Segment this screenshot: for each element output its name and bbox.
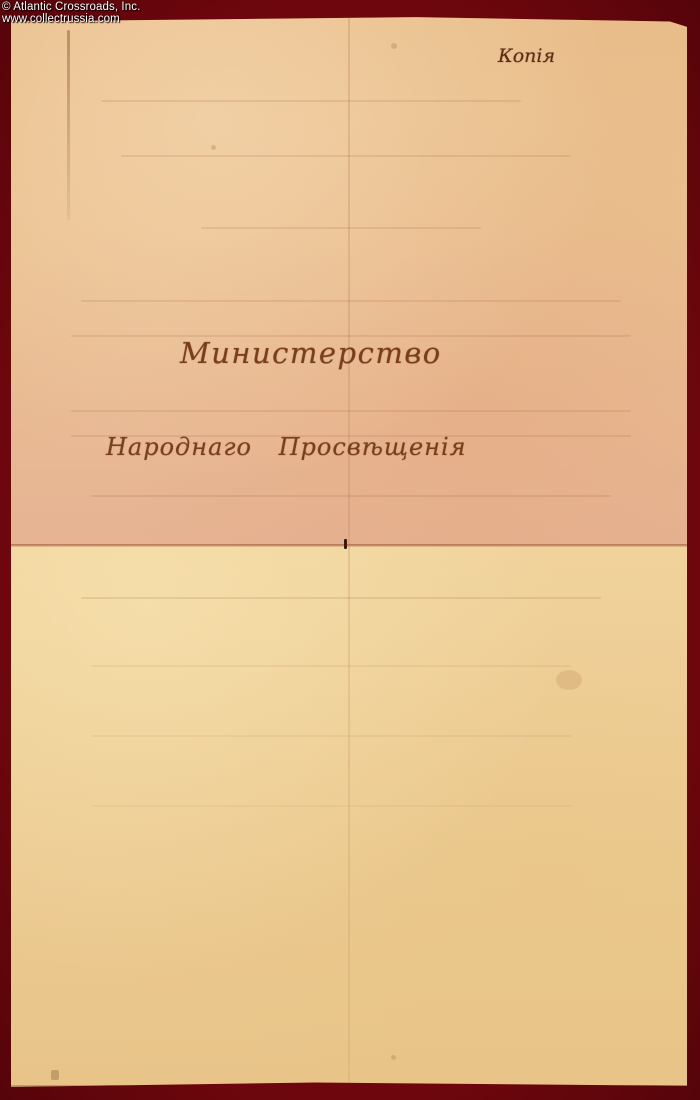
- bleed-through-line: [71, 410, 631, 412]
- margin-crease: [67, 30, 70, 220]
- bleed-through-line: [201, 227, 481, 229]
- horizontal-fold: [11, 544, 687, 547]
- bleed-through-line: [81, 300, 621, 302]
- ink-spot: [391, 1055, 396, 1060]
- heading-public-education: Народнаго Просвѣщенія: [106, 433, 467, 461]
- water-stain: [556, 670, 582, 690]
- ink-spot: [51, 1070, 59, 1080]
- copyright-text: © Atlantic Crossroads, Inc.: [2, 1, 140, 13]
- copyright-watermark: © Atlantic Crossroads, Inc. www.collectr…: [2, 1, 140, 25]
- bleed-through-line: [101, 100, 521, 102]
- bleed-through-line: [91, 495, 611, 497]
- bleed-through-line: [91, 665, 571, 667]
- bleed-through-line: [81, 597, 601, 599]
- heading-ministry: Министерство: [180, 336, 442, 370]
- bleed-through-line: [91, 735, 571, 737]
- vertical-fold: [348, 15, 350, 1089]
- ink-spot: [391, 43, 397, 49]
- document-paper: [11, 15, 687, 1089]
- bleed-through-line: [91, 805, 571, 807]
- ink-spot: [211, 145, 216, 150]
- copy-note: Копія: [498, 45, 555, 67]
- pinhole-mark: [344, 539, 347, 549]
- bleed-through-line: [121, 155, 571, 157]
- website-text: www.collectrussia.com: [2, 13, 140, 25]
